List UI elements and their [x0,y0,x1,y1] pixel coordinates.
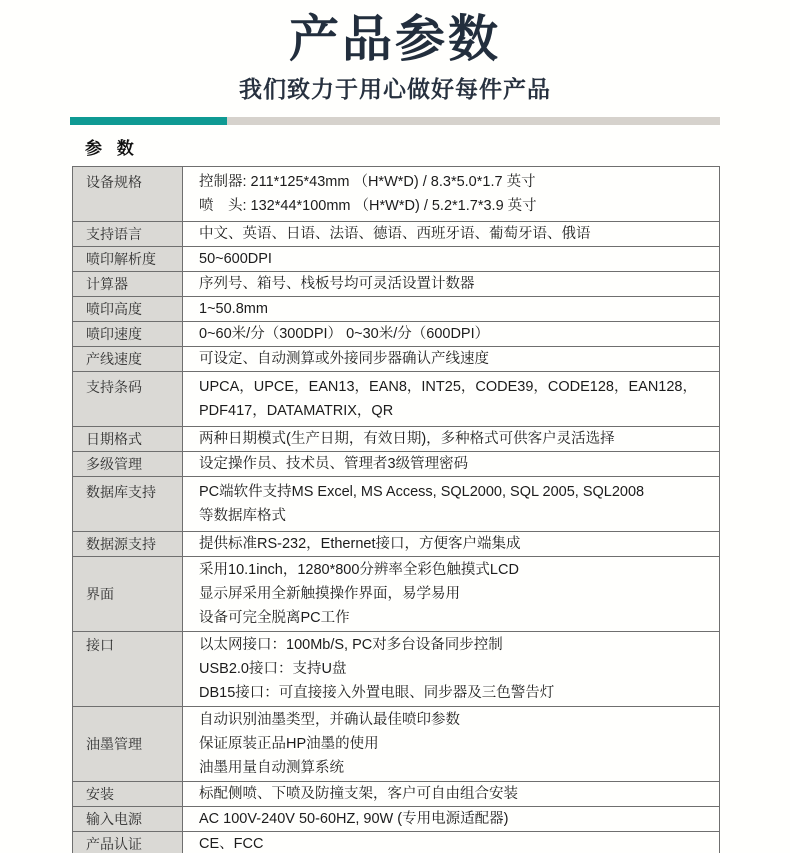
table-row: 喷印解析度 50~600DPI [73,246,719,271]
row-label: 数据源支持 [73,532,183,556]
row-value: 设定操作员、技术员、管理者3级管理密码 [183,452,719,476]
row-label: 喷印高度 [73,297,183,321]
value-line: PC端软件支持MS Excel, MS Access, SQL2000, SQL… [199,480,713,504]
value-line: 1~50.8mm [199,297,713,321]
table-row: 支持语言 中文、英语、日语、法语、德语、西班牙语、葡萄牙语、俄语 [73,221,719,246]
row-value: 序列号、箱号、栈板号均可灵活设置计数器 [183,272,719,296]
row-label: 喷印速度 [73,322,183,346]
row-value: 标配侧喷、下喷及防撞支架，客户可自由组合安装 [183,782,719,806]
row-label: 计算器 [73,272,183,296]
row-value: 以太网接口：100Mb/S, PC对多台设备同步控制USB2.0接口：支持U盘D… [183,632,719,706]
row-value: 50~600DPI [183,247,719,271]
table-row: 日期格式 两种日期模式(生产日期，有效日期)，多种格式可供客户灵活选择 [73,426,719,451]
row-label: 油墨管理 [73,707,183,781]
table-row: 数据源支持 提供标准RS-232，Ethernet接口，方便客户端集成 [73,531,719,556]
value-line: 油墨用量自动测算系统 [199,756,713,780]
row-label: 支持条码 [73,372,183,426]
row-value: 采用10.1inch，1280*800分辨率全彩色触摸式LCD显示屏采用全新触摸… [183,557,719,631]
value-line: UPCA，UPCE，EAN13，EAN8，INT25，CODE39，CODE12… [199,375,713,399]
row-label: 输入电源 [73,807,183,831]
row-value: 0~60米/分（300DPI） 0~30米/分（600DPI） [183,322,719,346]
divider-teal-segment [70,117,227,125]
row-label: 数据库支持 [73,477,183,531]
value-line: 显示屏采用全新触摸操作界面，易学易用 [199,582,713,606]
row-label: 界面 [73,557,183,631]
row-value: 中文、英语、日语、法语、德语、西班牙语、葡萄牙语、俄语 [183,222,719,246]
value-line: 喷 头: 132*44*100mm （H*W*D) / 5.2*1.7*3.9 … [199,194,713,218]
divider-gray-segment [227,117,720,125]
page-title: 产品参数 [0,13,790,66]
value-line: DB15接口：可直接接入外置电眼、同步器及三色警告灯 [199,681,713,705]
value-line: 两种日期模式(生产日期，有效日期)，多种格式可供客户灵活选择 [199,427,713,451]
table-row: 产线速度 可设定、自动测算或外接同步器确认产线速度 [73,346,719,371]
page-subtitle: 我们致力于用心做好每件产品 [0,71,790,104]
row-label: 安装 [73,782,183,806]
row-value: 提供标准RS-232，Ethernet接口，方便客户端集成 [183,532,719,556]
table-row: 设备规格 控制器: 211*125*43mm （H*W*D) / 8.3*5.0… [73,167,719,221]
accent-divider [70,117,720,125]
row-label: 支持语言 [73,222,183,246]
row-value: UPCA，UPCE，EAN13，EAN8，INT25，CODE39，CODE12… [183,372,719,426]
value-line: 等数据库格式 [199,504,713,528]
row-value: 控制器: 211*125*43mm （H*W*D) / 8.3*5.0*1.7 … [183,167,719,221]
product-spec-page: 产品参数 我们致力于用心做好每件产品 参 数 设备规格 控制器: 211*125… [0,0,790,853]
value-line: 提供标准RS-232，Ethernet接口，方便客户端集成 [199,532,713,556]
table-row: 喷印速度 0~60米/分（300DPI） 0~30米/分（600DPI） [73,321,719,346]
row-value: 两种日期模式(生产日期，有效日期)，多种格式可供客户灵活选择 [183,427,719,451]
value-line: 控制器: 211*125*43mm （H*W*D) / 8.3*5.0*1.7 … [199,170,713,194]
row-label: 多级管理 [73,452,183,476]
table-row: 喷印高度 1~50.8mm [73,296,719,321]
table-row: 接口 以太网接口：100Mb/S, PC对多台设备同步控制USB2.0接口：支持… [73,631,719,706]
section-heading: 参 数 [85,134,790,159]
table-row: 支持条码 UPCA，UPCE，EAN13，EAN8，INT25，CODE39，C… [73,371,719,426]
row-value: PC端软件支持MS Excel, MS Access, SQL2000, SQL… [183,477,719,531]
table-row: 安装 标配侧喷、下喷及防撞支架，客户可自由组合安装 [73,781,719,806]
row-label: 产品认证 [73,832,183,853]
value-line: PDF417，DATAMATRIX，QR [199,399,713,423]
table-row: 计算器 序列号、箱号、栈板号均可灵活设置计数器 [73,271,719,296]
value-line: 标配侧喷、下喷及防撞支架，客户可自由组合安装 [199,782,713,806]
value-line: 中文、英语、日语、法语、德语、西班牙语、葡萄牙语、俄语 [199,222,713,246]
row-value: CE、FCC [183,832,719,853]
value-line: 采用10.1inch，1280*800分辨率全彩色触摸式LCD [199,558,713,582]
value-line: AC 100V-240V 50-60HZ, 90W (专用电源适配器) [199,807,713,831]
value-line: CE、FCC [199,832,713,853]
row-label: 设备规格 [73,167,183,221]
value-line: 设定操作员、技术员、管理者3级管理密码 [199,452,713,476]
table-row: 界面 采用10.1inch，1280*800分辨率全彩色触摸式LCD显示屏采用全… [73,556,719,631]
table-row: 多级管理 设定操作员、技术员、管理者3级管理密码 [73,451,719,476]
value-line: 0~60米/分（300DPI） 0~30米/分（600DPI） [199,322,713,346]
table-row: 输入电源 AC 100V-240V 50-60HZ, 90W (专用电源适配器) [73,806,719,831]
spec-table: 设备规格 控制器: 211*125*43mm （H*W*D) / 8.3*5.0… [72,166,720,853]
value-line: 50~600DPI [199,247,713,271]
table-row: 产品认证 CE、FCC [73,831,719,853]
value-line: 保证原装正品HP油墨的使用 [199,732,713,756]
value-line: 自动识别油墨类型，并确认最佳喷印参数 [199,708,713,732]
row-value: AC 100V-240V 50-60HZ, 90W (专用电源适配器) [183,807,719,831]
value-line: 可设定、自动测算或外接同步器确认产线速度 [199,347,713,371]
row-value: 可设定、自动测算或外接同步器确认产线速度 [183,347,719,371]
row-value: 自动识别油墨类型，并确认最佳喷印参数保证原装正品HP油墨的使用油墨用量自动测算系… [183,707,719,781]
row-value: 1~50.8mm [183,297,719,321]
value-line: 以太网接口：100Mb/S, PC对多台设备同步控制 [199,633,713,657]
table-row: 油墨管理 自动识别油墨类型，并确认最佳喷印参数保证原装正品HP油墨的使用油墨用量… [73,706,719,781]
row-label: 喷印解析度 [73,247,183,271]
row-label: 日期格式 [73,427,183,451]
row-label: 接口 [73,632,183,706]
value-line: 序列号、箱号、栈板号均可灵活设置计数器 [199,272,713,296]
value-line: USB2.0接口：支持U盘 [199,657,713,681]
row-label: 产线速度 [73,347,183,371]
value-line: 设备可完全脱离PC工作 [199,606,713,630]
table-row: 数据库支持 PC端软件支持MS Excel, MS Access, SQL200… [73,476,719,531]
page-header: 产品参数 我们致力于用心做好每件产品 [0,0,790,104]
